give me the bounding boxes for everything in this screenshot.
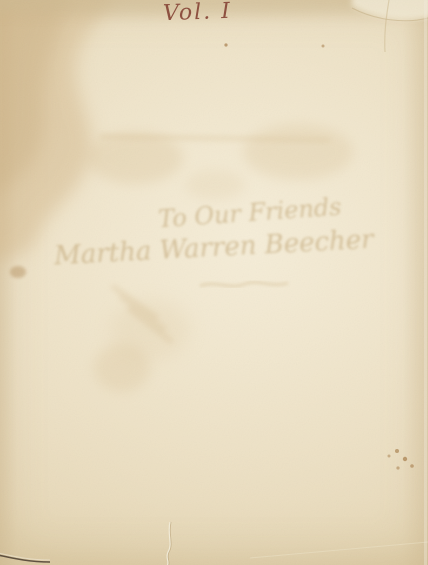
photo-verso-scan: To Our Friends Martha Warren Beecher Vol… bbox=[0, 0, 428, 565]
volume-label-handwriting: Vol. I bbox=[163, 0, 233, 26]
paper-sheet bbox=[0, 0, 428, 565]
